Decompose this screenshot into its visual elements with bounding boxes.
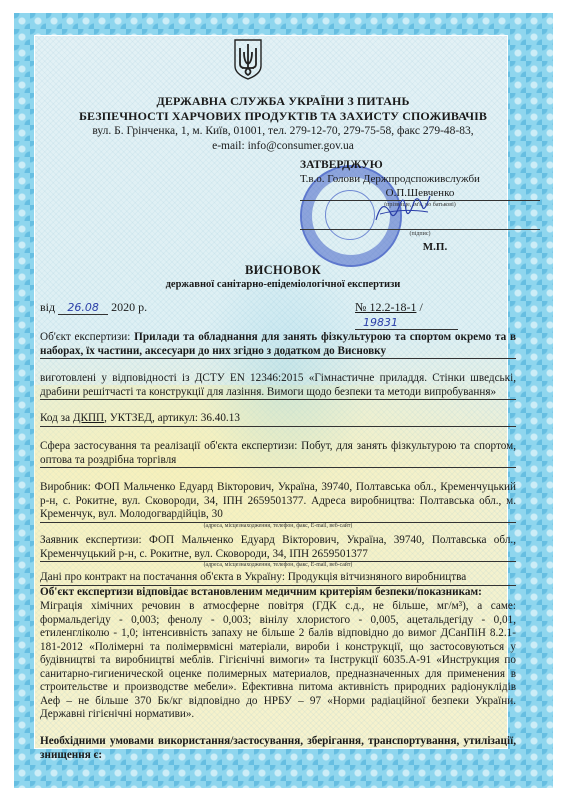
code-dkpp: ДКПП bbox=[73, 412, 104, 424]
criteria-body: Міграція хімічних речовин в атмосферне п… bbox=[40, 600, 516, 722]
conditions-heading: Необхідними умовами використання/застосу… bbox=[40, 735, 516, 762]
document-title: ВИСНОВОК bbox=[0, 262, 566, 278]
object-label: Об'єкт експертизи: bbox=[40, 331, 134, 343]
document-title-block: ВИСНОВОК державної санітарно-епідеміолог… bbox=[0, 262, 566, 292]
approval-title: ЗАТВЕРДЖУЮ bbox=[300, 158, 540, 172]
number-handwritten: 19831 bbox=[355, 316, 458, 330]
manufacturer-caption: (адреса, місцезнаходження, телефон, факс… bbox=[40, 523, 516, 530]
product-code-field: Код за ДКПП, УКТЗЕД, артикул: 36.40.13 bbox=[40, 412, 516, 427]
number-separator: / bbox=[416, 300, 422, 314]
date-prefix: від bbox=[40, 300, 55, 314]
expertise-object-field: Об'єкт експертизи: Прилади та обладнання… bbox=[40, 331, 516, 359]
trident-coat-of-arms-icon bbox=[233, 38, 263, 80]
applicant-caption: (адреса, місцезнаходження, телефон, факс… bbox=[40, 562, 516, 569]
applicant-field: Заявник експертизи: ФОП Мальченко Едуард… bbox=[40, 534, 516, 562]
manufacturer-field: Виробник: ФОП Мальченко Едуард Вікторови… bbox=[40, 481, 516, 523]
document-subtitle: державної санітарно-епідеміологічної екс… bbox=[0, 278, 566, 292]
date-year: 2020 р. bbox=[111, 300, 147, 314]
date-handwritten: 26.08 bbox=[58, 301, 108, 315]
seal-label: М.П. bbox=[300, 240, 540, 254]
standard-field: виготовлені у відповідності із ДСТУ EN 1… bbox=[40, 372, 516, 400]
authority-address: вул. Б. Грінченка, 1, м. Київ, 01001, те… bbox=[0, 124, 566, 139]
contract-field: Дані про контракт на постачання об'єкта … bbox=[40, 571, 516, 586]
authority-name-line2: БЕЗПЕЧНОСТІ ХАРЧОВИХ ПРОДУКТІВ ТА ЗАХИСТ… bbox=[0, 109, 566, 124]
code-rest: , УКТЗЕД, артикул: 36.40.13 bbox=[104, 412, 240, 424]
code-prefix: Код за bbox=[40, 412, 73, 424]
approver-position: Т.в.о. Голови Держпродспоживслужби bbox=[300, 172, 540, 186]
scope-field: Сфера застосування та реалізації об'єкта… bbox=[40, 440, 516, 468]
authority-email: e-mail: info@consumer.gov.ua bbox=[0, 139, 566, 154]
handwritten-signature bbox=[372, 190, 432, 230]
signature-caption: (підпис) bbox=[300, 230, 540, 238]
date-number-line: від 26.08 2020 р. № 12.2-18-1 / 19831 bbox=[40, 300, 520, 318]
authority-name-line1: ДЕРЖАВНА СЛУЖБА УКРАЇНИ З ПИТАНЬ bbox=[0, 94, 566, 109]
document-number: № 12.2-18-1 / 19831 bbox=[355, 300, 520, 330]
issuing-authority-header: ДЕРЖАВНА СЛУЖБА УКРАЇНИ З ПИТАНЬ БЕЗПЕЧН… bbox=[0, 94, 566, 154]
criteria-heading: Об'єкт експертизи відповідає встановлени… bbox=[40, 586, 516, 600]
number-printed: № 12.2-18-1 bbox=[355, 300, 416, 314]
